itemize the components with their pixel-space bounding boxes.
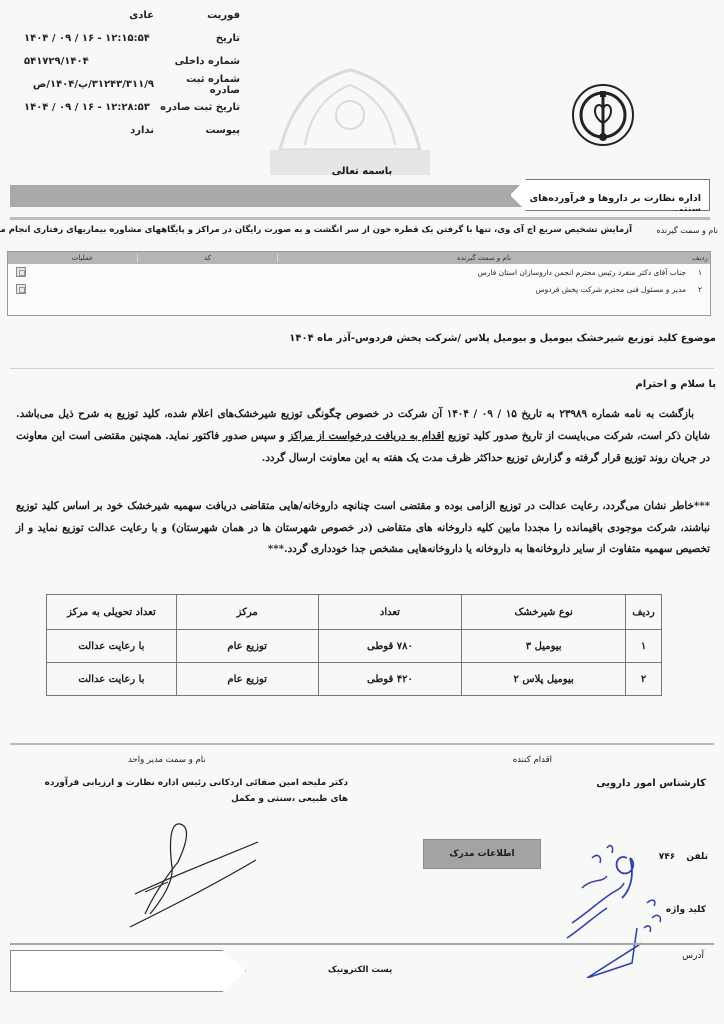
- cell-count: ۴۲۰ قوطی: [318, 663, 462, 696]
- meta-internal-number: شماره داخلی ۵۴۱۷۲۹/۱۴۰۴: [20, 50, 240, 73]
- letter-page: فوریت عادی تاریخ ۱۴۰۴ / ۰۹ / ۱۶ - ۱۲:۱۵:…: [0, 0, 724, 1024]
- phone-label: تلفن: [686, 852, 708, 862]
- department-banner: اداره نظارت بر داروها و فرآورده‌های سنتی: [10, 176, 710, 214]
- distribution-table: ردیف نوع شیرخشک تعداد مرکز تعداد تحویلی …: [46, 594, 662, 696]
- cell-delivered: با رعایت عدالت: [47, 630, 177, 663]
- recipient-line: نام و سمت گیرنده آزمایش تشخیص سریع اچ آی…: [4, 222, 718, 238]
- view-details-icon[interactable]: [16, 267, 26, 277]
- actor-title: کارشناس امور دارویی: [596, 778, 706, 789]
- table-row: ۱ بیومیل ۳ ۷۸۰ قوطی توزیع عام با رعایت ع…: [47, 630, 662, 663]
- department-name: اداره نظارت بر داروها و فرآورده‌های سنتی: [511, 193, 701, 215]
- letter-meta: فوریت عادی تاریخ ۱۴۰۴ / ۰۹ / ۱۶ - ۱۲:۱۵:…: [20, 4, 240, 142]
- banner-bar: [10, 185, 530, 207]
- watermark-ornament-icon: [250, 60, 450, 180]
- header-index: ردیف: [690, 254, 710, 262]
- action-by-label: اقدام کننده: [513, 755, 552, 765]
- cell-index: ۲: [626, 663, 662, 696]
- header-name: نام و سمت گیرنده: [278, 254, 690, 262]
- recipients-table-header: ردیف نام و سمت گیرنده کد عملیات: [8, 252, 710, 264]
- header-formula-type: نوع شیرخشک: [462, 595, 626, 630]
- row-index: ۱: [690, 268, 710, 277]
- cell-count: ۷۸۰ قوطی: [318, 630, 462, 663]
- phone-row: تلفن ۷۴۶: [659, 852, 708, 862]
- cell-formula-type: بیومیل پلاس ۲: [462, 663, 626, 696]
- phone-value: ۷۴۶: [659, 852, 675, 862]
- manager-name: دکتر ملیحه امین صفائی اردکانی رئیس اداره…: [32, 775, 348, 807]
- department-tag: اداره نظارت بر داروها و فرآورده‌های سنتی: [510, 179, 710, 211]
- body-text-underlined: اقدام به دریافت درخواست از مراکز: [288, 430, 444, 442]
- subject-divider: [10, 368, 714, 369]
- signature-icon: [110, 822, 270, 932]
- view-details-icon[interactable]: [16, 284, 26, 294]
- body-paragraph-1: بازگشت به نامه شماره ۲۳۹۸۹ به تاریخ ۱۵ /…: [16, 403, 710, 469]
- meta-date: تاریخ ۱۴۰۴ / ۰۹ / ۱۶ - ۱۲:۱۵:۵۴: [20, 27, 240, 50]
- meta-attachment: پیوست ندارد: [20, 119, 240, 142]
- cell-delivered: با رعایت عدالت: [47, 663, 177, 696]
- hiv-test-notice: آزمایش تشخیص سریع اچ آی وی، تنها با گرفت…: [0, 225, 632, 235]
- footer-divider-2: [10, 943, 714, 945]
- cell-index: ۱: [626, 630, 662, 663]
- meta-outgoing-number: شماره ثبت صادره ۳۱۲۴۳/۳۱۱/۹/پ/۱۴۰۴/ص: [20, 73, 240, 96]
- email-label: پست الکترونیک: [328, 965, 392, 975]
- address-label: آدرس: [682, 951, 704, 961]
- meta-outgoing-date: تاریخ ثبت صادره ۱۴۰۴ / ۰۹ / ۱۶ - ۱۲:۲۸:۵…: [20, 96, 240, 119]
- body-paragraph-2: ***خاطر نشان می‌گردد، رعایت عدالت در توز…: [16, 496, 710, 561]
- document-info-button[interactable]: اطلاعات مدرک: [423, 839, 541, 869]
- header-center: مرکز: [176, 595, 318, 630]
- table-row: ۲ بیومیل پلاس ۲ ۴۲۰ قوطی توزیع عام با رع…: [47, 663, 662, 696]
- header-ops: عملیات: [28, 254, 138, 262]
- university-logo-icon: [567, 75, 639, 157]
- manager-label: نام و سمت مدیر واحد: [128, 755, 206, 765]
- cell-center: توزیع عام: [176, 630, 318, 663]
- email-field[interactable]: [10, 950, 246, 992]
- header-index: ردیف: [626, 595, 662, 630]
- handwritten-note-icon: [552, 828, 682, 978]
- keyword-label: کلید واژه: [666, 905, 706, 915]
- table-row: ۱ جناب آقای دکتر منفرد رئیس محترم انجمن …: [8, 264, 710, 281]
- letter-subject: موضوع کلید توزیع شیرخشک بیومیل و بیومیل …: [289, 333, 716, 344]
- recipient-label: نام و سمت گیرنده: [656, 226, 718, 235]
- meta-priority: فوریت عادی: [20, 4, 240, 27]
- row-recipient-name: جناب آقای دکتر منفرد رئیس محترم انجمن دا…: [8, 268, 690, 277]
- banner-divider: [10, 217, 710, 220]
- cell-formula-type: بیومیل ۳: [462, 630, 626, 663]
- header-count: تعداد: [318, 595, 462, 630]
- recipients-table: ردیف نام و سمت گیرنده کد عملیات ۱ جناب آ…: [7, 251, 711, 316]
- footer-divider: [10, 743, 714, 745]
- greeting: با سلام و احترام: [635, 379, 716, 390]
- header-delivered: تعداد تحویلی به مرکز: [47, 595, 177, 630]
- row-recipient-name: مدیر و مسئول فنی محترم شرکت پخش فردوس: [8, 285, 690, 294]
- row-index: ۲: [690, 285, 710, 294]
- table-row: ۲ مدیر و مسئول فنی محترم شرکت پخش فردوس: [8, 281, 710, 298]
- header-code: کد: [138, 254, 278, 262]
- cell-center: توزیع عام: [176, 663, 318, 696]
- distribution-table-header: ردیف نوع شیرخشک تعداد مرکز تعداد تحویلی …: [47, 595, 662, 630]
